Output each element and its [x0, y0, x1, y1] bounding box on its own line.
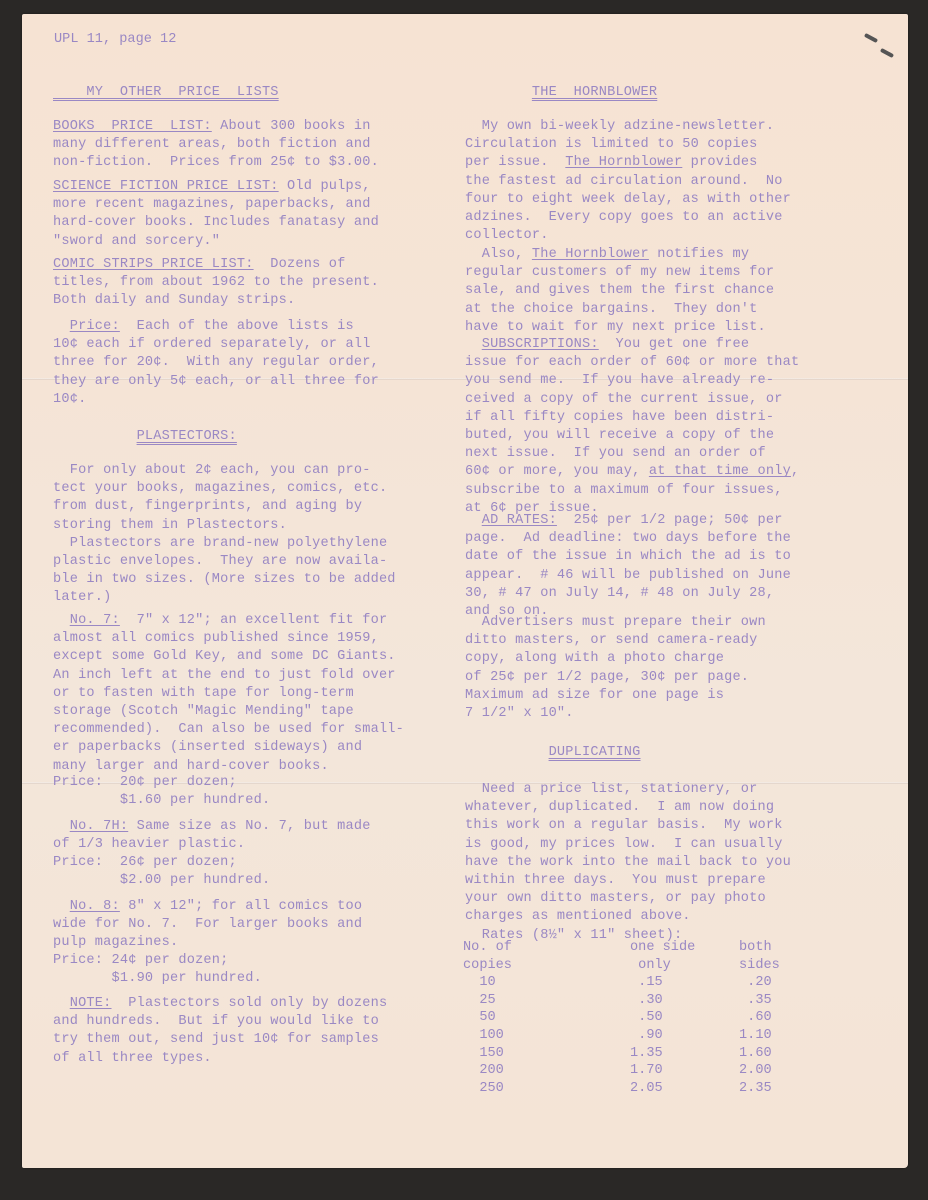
- hornblower-paragraph: four to eight week delay, as with other: [465, 191, 791, 209]
- price-paragraph: 10¢ each if ordered separately, or all: [53, 336, 371, 354]
- plastectors-note: and hundreds. But if you would like to: [53, 1013, 379, 1031]
- plastector-no7-price: $1.60 per hundred.: [53, 792, 270, 810]
- plastector-no7h-price: Price: 26¢ per dozen;: [53, 854, 237, 872]
- subscriptions: you send me. If you have already re-: [465, 372, 774, 390]
- duplicating-paragraph: this work on a regular basis. My work: [465, 817, 783, 835]
- ad-rates: page. Ad deadline: two days before the: [465, 530, 791, 548]
- plastector-no7: er paperbacks (inserted sideways) and: [53, 739, 362, 757]
- plastectors-intro: from dust, fingerprints, and aging by: [53, 498, 362, 516]
- plastector-no7: recommended). Can also be used for small…: [53, 721, 404, 739]
- plastectors-intro: plastic envelopes. They are now availa-: [53, 553, 387, 571]
- page-header: UPL 11, page 12: [54, 32, 176, 47]
- plastectors-note: try them out, send just 10¢ for samples: [53, 1031, 379, 1049]
- comic-strips-price-list: COMIC STRIPS PRICE LIST: Dozens of: [53, 256, 346, 274]
- rates-table-header: copies onlysides: [463, 957, 823, 975]
- duplicating-paragraph: within three days. You must prepare: [465, 872, 766, 890]
- section-title-plastectors: PLASTECTORS:: [53, 428, 237, 446]
- plastector-no7h: No. 7H: Same size as No. 7, but made: [53, 818, 371, 836]
- duplicating-paragraph: your own ditto masters, or pay photo: [465, 890, 766, 908]
- plastectors-note: NOTE: Plastectors sold only by dozens: [53, 995, 387, 1013]
- subscriptions: issue for each order of 60¢ or more that: [465, 354, 799, 372]
- duplicating-rates-table: No. ofone sidebothcopies onlysides 10 .1…: [463, 939, 823, 1097]
- hornblower-paragraph: the fastest ad circulation around. No: [465, 173, 783, 191]
- scifi-price-list: hard-cover books. Includes fanatasy and: [53, 214, 379, 232]
- plastector-no7: No. 7: 7" x 12"; an excellent fit for: [53, 612, 387, 630]
- advertisers-paragraph: copy, along with a photo charge: [465, 650, 724, 668]
- advertisers-paragraph: Maximum ad size for one page is: [465, 687, 724, 705]
- subscriptions: ceived a copy of the current issue, or: [465, 391, 783, 409]
- rates-table-row: 50 .50 .60: [463, 1009, 823, 1027]
- plastector-no7h-price: $2.00 per hundred.: [53, 872, 270, 890]
- hornblower-notifies: have to wait for my next price list.: [465, 319, 766, 337]
- subscriptions: next issue. If you send an order of: [465, 445, 766, 463]
- rates-table-row: 10 .15 .20: [463, 974, 823, 992]
- plastector-no7h: of 1/3 heavier plastic.: [53, 836, 245, 854]
- plastector-no8-price: $1.90 per hundred.: [53, 970, 262, 988]
- hornblower-notifies: regular customers of my new items for: [465, 264, 774, 282]
- plastectors-intro: For only about 2¢ each, you can pro-: [53, 462, 371, 480]
- hornblower-paragraph: per issue. The Hornblower provides: [465, 154, 758, 172]
- scifi-price-list: "sword and sorcery.": [53, 233, 220, 251]
- plastectors-intro: tect your books, magazines, comics, etc.: [53, 480, 387, 498]
- hornblower-notifies: Also, The Hornblower notifies my: [465, 246, 749, 264]
- plastectors-intro: ble in two sizes. (More sizes to be adde…: [53, 571, 396, 589]
- ad-rates: date of the issue in which the ad is to: [465, 548, 791, 566]
- ad-rates: appear. # 46 will be published on June: [465, 567, 791, 585]
- advertisers-paragraph: 7 1/2" x 10".: [465, 705, 574, 723]
- rates-table-row: 1501.351.60: [463, 1045, 823, 1063]
- plastector-no8: wide for No. 7. For larger books and: [53, 916, 362, 934]
- advertisers-paragraph: of 25¢ per 1/2 page, 30¢ per page.: [465, 669, 749, 687]
- scifi-price-list: more recent magazines, paperbacks, and: [53, 196, 371, 214]
- plastector-no8: No. 8: 8" x 12"; for all comics too: [53, 898, 362, 916]
- rates-table-row: 100 .901.10: [463, 1027, 823, 1045]
- books-price-list: BOOKS PRICE LIST: About 300 books in: [53, 118, 371, 136]
- rates-table-row: 25 .30 .35: [463, 992, 823, 1010]
- subscriptions: SUBSCRIPTIONS: You get one free: [465, 336, 749, 354]
- duplicating-paragraph: Need a price list, stationery, or: [465, 781, 758, 799]
- plastector-no7-price: Price: 20¢ per dozen;: [53, 774, 237, 792]
- plastectors-intro: Plastectors are brand-new polyethylene: [53, 535, 387, 553]
- rates-table-header: No. ofone sideboth: [463, 939, 823, 957]
- rates-table-row: 2502.052.35: [463, 1080, 823, 1098]
- hornblower-notifies: at the choice bargains. They don't: [465, 301, 758, 319]
- price-paragraph: 10¢.: [53, 391, 86, 409]
- staple-mark: [880, 48, 894, 58]
- price-paragraph: three for 20¢. With any regular order,: [53, 354, 379, 372]
- plastector-no7: storage (Scotch "Magic Mending" tape: [53, 703, 354, 721]
- hornblower-paragraph: Circulation is limited to 50 copies: [465, 136, 758, 154]
- plastector-no7: or to fasten with tape for long-term: [53, 685, 354, 703]
- hornblower-paragraph: My own bi-weekly adzine-newsletter.: [465, 118, 774, 136]
- books-price-list: many different areas, both fiction and: [53, 136, 371, 154]
- subscriptions: buted, you will receive a copy of the: [465, 427, 774, 445]
- plastector-no8-price: Price: 24¢ per dozen;: [53, 952, 229, 970]
- price-paragraph: they are only 5¢ each, or all three for: [53, 373, 379, 391]
- advertisers-paragraph: ditto masters, or send camera-ready: [465, 632, 758, 650]
- duplicating-paragraph: is good, my prices low. I can usually: [465, 836, 783, 854]
- price-paragraph: Price: Each of the above lists is: [53, 318, 354, 336]
- plastector-no7: An inch left at the end to just fold ove…: [53, 667, 396, 685]
- comic-strips-price-list: Both daily and Sunday strips.: [53, 292, 295, 310]
- plastectors-intro: later.): [53, 589, 112, 607]
- books-price-list: non-fiction. Prices from 25¢ to $3.00.: [53, 154, 379, 172]
- duplicating-paragraph: have the work into the mail back to you: [465, 854, 791, 872]
- hornblower-paragraph: collector.: [465, 227, 549, 245]
- hornblower-paragraph: adzines. Every copy goes to an active: [465, 209, 783, 227]
- staple-mark: [864, 33, 878, 43]
- section-title-other-price-lists: MY OTHER PRICE LISTS: [53, 84, 279, 102]
- subscriptions: subscribe to a maximum of four issues,: [465, 482, 783, 500]
- section-title-duplicating: DUPLICATING: [465, 744, 641, 762]
- section-title-hornblower: THE HORNBLOWER: [465, 84, 657, 102]
- comic-strips-price-list: titles, from about 1962 to the present.: [53, 274, 379, 292]
- hornblower-notifies: sale, and gives them the first chance: [465, 282, 774, 300]
- duplicating-paragraph: whatever, duplicated. I am now doing: [465, 799, 774, 817]
- subscriptions: if all fifty copies have been distri-: [465, 409, 774, 427]
- ad-rates: 30, # 47 on July 14, # 48 on July 28,: [465, 585, 774, 603]
- plastector-no7: except some Gold Key, and some DC Giants…: [53, 648, 396, 666]
- plastectors-intro: storing them in Plastectors.: [53, 517, 287, 535]
- subscriptions: 60¢ or more, you may, at that time only,: [465, 463, 799, 481]
- advertisers-paragraph: Advertisers must prepare their own: [465, 614, 766, 632]
- duplicating-paragraph: charges as mentioned above.: [465, 908, 691, 926]
- plastector-no7: almost all comics published since 1959,: [53, 630, 379, 648]
- ad-rates: AD RATES: 25¢ per 1/2 page; 50¢ per: [465, 512, 783, 530]
- plastectors-note: of all three types.: [53, 1050, 212, 1068]
- plastector-no8: pulp magazines.: [53, 934, 178, 952]
- scifi-price-list: SCIENCE FICTION PRICE LIST: Old pulps,: [53, 178, 371, 196]
- rates-table-row: 2001.702.00: [463, 1062, 823, 1080]
